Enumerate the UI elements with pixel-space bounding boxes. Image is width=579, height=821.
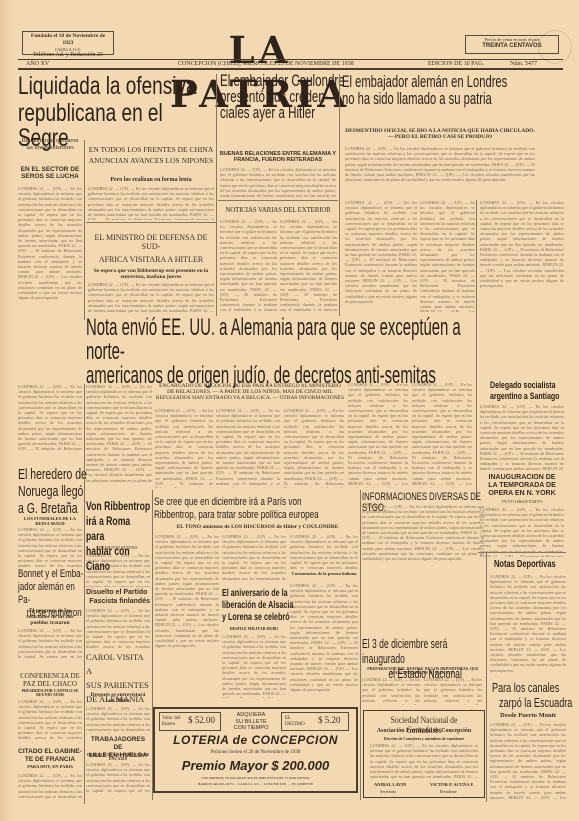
opera-line3: OPERA EN N. YORK — [480, 490, 564, 498]
lille-subhead: OBREROS DE LAS FABRICAS DE ENCAJES — [86, 753, 150, 762]
eeuu-body-2: LONDRES 22. — (UP). — En los círculos di… — [155, 408, 213, 488]
londres-body-3: LONDRES 22. — (UP). — En los círculos di… — [420, 200, 475, 312]
gabinete-line1: CITADO EL GABINE- — [18, 748, 82, 756]
delegado-line1: Delegado socialista — [490, 380, 576, 391]
noticias-body-2: LONDRES 22. — (UP). — En los círculos di… — [280, 219, 337, 311]
alsacia-body: LONDRES 22. — (UP). — En los círculos di… — [222, 634, 286, 698]
loteria-slogan: ADQUIERA SU BILLETE CON TIEMPO — [225, 712, 277, 732]
gabinete-subhead: PARA HOY, EN PARIS — [18, 765, 82, 770]
gabinete-line2: TE DE FRANCIA — [18, 756, 82, 764]
escuadra-line1: Para los canales — [492, 680, 576, 695]
section-rule — [478, 552, 566, 553]
escuadra-line2: zarpó la Escuadra — [492, 695, 576, 710]
noruega-body: LONDRES 22. — (UP). — En los círculos di… — [18, 527, 82, 567]
delegado-headline: Delegado socialista argentino a Santiago — [490, 380, 576, 402]
estadio-line1: El 3 de diciembre será inaugurado — [362, 636, 487, 666]
bonnet-body: LONDRES 22. — (UP). — En los círculos di… — [18, 628, 82, 658]
gabinete-body: LONDRES 22. — (UP). — En los círculos di… — [18, 773, 82, 799]
roma-line1: Von Ribbentrop — [86, 499, 151, 514]
china-subhead: Pero los realizan en forma lenta — [86, 177, 216, 184]
roma-line2: irá a Roma para — [86, 514, 151, 544]
signer-2: VICTOR P. ACUÑA F. — [430, 782, 474, 787]
opera-body: LONDRES 22. — (UP). — En los círculos di… — [480, 507, 564, 557]
eeuu-body-left: LONDRES 22. — (UP). — En los círculos di… — [18, 384, 82, 450]
paper-edge — [0, 0, 14, 821]
deportivas-headline: Notas Deportivas — [494, 560, 556, 570]
entero-label: Valor del Entero — [162, 716, 188, 728]
contadores-ad: Sociedad Nacional de Contadores Asociaci… — [363, 710, 485, 798]
alsacia-line2: liberación de Alsacia — [222, 600, 294, 612]
china-body: LONDRES 22. — (UP). — En los círculos di… — [88, 186, 214, 220]
praga-body: LONDRES 22. — (UP). — En los círculos di… — [480, 200, 564, 378]
londres-subhead: DESMENTIDO OFICIAL SE DIO A LA NOTICIA Q… — [345, 128, 535, 140]
chaco-line2: PAZ DEL CHACO — [18, 680, 82, 688]
chaco-subhead: PRESIDIDA POR CANTILO SE REUNIO AYER — [18, 689, 82, 698]
role-1: Secretario — [380, 789, 396, 794]
slogan-line3: CON TIEMPO — [225, 725, 277, 732]
opera-subhead: TUVO GRAN EXITO — [480, 500, 564, 505]
opera-line2: LA TEMPORADA DE — [480, 482, 564, 490]
londres-body: LONDRES 22. — (UP). — En los círculos di… — [345, 146, 535, 196]
eeuu-body-3: LONDRES 22. — (UP). — En los círculos di… — [216, 408, 280, 488]
contadores-subtitle: Asociación Provincial de Concepción — [364, 728, 484, 734]
paris-inset-heading: Comentarios de la prensa italiana — [290, 572, 358, 577]
contadores-body: LONDRES 22. — (UP). — En los círculos di… — [370, 743, 478, 779]
dateline-bar: AÑO XV CONCEPCION (CHILE), MIERCOLES 23 … — [18, 59, 563, 70]
londres-body-2: LONDRES 22. — (UP). — En los círculos di… — [345, 200, 417, 312]
deportivas-body: LONDRES 22. — (UP). — En los círculos di… — [490, 574, 566, 678]
escuadra-subhead: Desde Puerto Montt — [490, 712, 566, 719]
decimo-label: EL DECIMO — [285, 716, 307, 728]
paris-line1: Se cree que en diciembre irá a París von — [154, 496, 361, 509]
finlandes-line1: Disuelto el Partido — [86, 588, 150, 597]
paris-headline: Se cree que en diciembre irá a París von… — [154, 496, 361, 522]
china-headline-line2: ANUNCIAN AVANCES LOS NIPONES — [86, 157, 216, 165]
coulondre-subhead: BUENAS RELACIONES ENTRE ALEMANIA Y FRANC… — [218, 151, 338, 163]
bonnet-line1: Bonnet y el Emba- — [18, 568, 86, 581]
edition: EDICION DE 10 PAG. — [428, 60, 484, 69]
contadores-line: Elección de Consejeros y miembros de com… — [364, 737, 484, 741]
section-rule — [86, 222, 216, 223]
loteria-address: BARROS ARANA 1033 — CASILLA 119 — CONCEP… — [155, 782, 356, 786]
paris-body-4: LONDRES 22. — (UP). — En los círculos di… — [290, 583, 358, 699]
delegado-body: LONDRES 22. — (UP). — En los círculos di… — [480, 404, 564, 472]
phone: Teléfono Ad. y Redacción 23 — [26, 52, 110, 59]
lille-line1: TRABAJADORES DE — [86, 736, 150, 752]
premio-mayor: Premio Mayor $ 200.000 — [155, 758, 356, 773]
entero-price: $ 52.00 — [188, 717, 215, 724]
fine-print: LOS PREMIOS SE PAGARAN SIN EL IMPUESTO D… — [155, 776, 356, 780]
alsacia-line1: El aniversario de la — [222, 588, 294, 600]
carol-body: LONDRES 22. — (UP). — En los círculos di… — [86, 706, 150, 734]
londres-headline: El embajador alemán en Londres no ha sid… — [342, 73, 533, 107]
estadio-body-1: LONDRES 22. — (UP). — En los círculos di… — [362, 677, 420, 705]
carol-line1: CAROL VISITA A — [86, 650, 150, 678]
escuadra-body: LONDRES 22. — (UP). — En los círculos di… — [490, 722, 566, 800]
bonnet-subhead: El progreso de las relaciones de los dos… — [18, 608, 82, 626]
chaco-body: LONDRES 22. — (UP). — En los círculos di… — [18, 699, 82, 743]
estadio-body-2: LONDRES 22. — (UP). — En los círculos di… — [424, 677, 482, 705]
segre-body: LONDRES 22. — (UP). — En los círculos di… — [18, 186, 82, 416]
gabinete-headline: CITADO EL GABINE- TE DE FRANCIA — [18, 748, 82, 764]
stgo-body: LONDRES 22. — (UP). — En los círculos di… — [362, 504, 484, 632]
sudafrica-subhead: Se espera que von Ribbentrop esté presen… — [86, 268, 216, 280]
founding-info-box: Fundado el 18 de Noviembre de 1923 CASIL… — [22, 31, 114, 55]
column-rule — [216, 74, 217, 316]
price-box: Precio de venta en todo el país TREINTA … — [465, 35, 559, 54]
londres-line2: no ha sido llamado a su patria — [342, 90, 533, 107]
decimo-box: EL DECIMO $ 5.20 — [281, 712, 349, 731]
sudafrica-body: LONDRES 22. — (UP). — En los círculos di… — [88, 282, 214, 314]
finlandes-line2: Fascista finlandés — [86, 597, 150, 606]
loteria-title: LOTERIA de CONCEPCION — [155, 733, 356, 747]
estadio-subhead: PREPARACION DEL DESFILE DE LOS DEPORTIST… — [362, 667, 484, 676]
china-headline: EN TODOS LOS FRENTES DE CHINA ANUNCIAN A… — [86, 146, 216, 166]
noruega-line1: El heredero de — [18, 466, 88, 483]
loteria-ad: Valor del Entero $ 52.00 ADQUIERA SU BIL… — [153, 707, 358, 793]
sudafrica-headline-line2: AFRICA VISITARA A HITLER — [86, 256, 216, 265]
eeuu-line1: Nota envió EE. UU. a Alemania para que s… — [86, 316, 483, 364]
sudafrica-headline-line1: EL MINISTRO DE DEFENSA DE SUD- — [86, 234, 216, 252]
eeuu-body-1: LONDRES 22. — (UP). — En los círculos di… — [86, 384, 152, 484]
issue-number: Núm. 5477 — [510, 60, 537, 69]
year: AÑO XV — [26, 60, 49, 69]
coulondre-headline: El embajador Coulondre presentó sus cred… — [220, 73, 356, 121]
noruega-line3: a G. Bretaña — [18, 500, 88, 517]
china-headline-line1: EN TODOS LOS FRENTES DE CHINA — [86, 146, 216, 154]
opera-headline: INAUGURACION DE LA TEMPORADA DE OPERA EN… — [480, 474, 564, 498]
segre-headline-line1: Liquidada la ofensiva — [18, 74, 216, 99]
eeuu-body-5: LONDRES 22. — (UP). — En los círculos di… — [348, 382, 408, 488]
alsacia-subhead: DESFILE MILITAR HUBO — [222, 627, 286, 631]
delegado-line2: argentino a Santiago — [490, 391, 576, 402]
paris-body-3: LONDRES 22. — (UP). — En los círculos di… — [290, 534, 358, 570]
carol-subhead: Después se entrevistará con Hitler — [86, 692, 150, 704]
column-rule — [339, 74, 340, 316]
segre-deck: Restablecidas quedaron las líneas anteri… — [18, 138, 82, 151]
noticias-body-1: LONDRES 22. — (UP). — En los círculos di… — [220, 219, 277, 311]
signer-1: ANIBAL LAVIN — [374, 782, 406, 787]
segre-subhead: EN EL SECTOR DE SEROS SE LUCHA — [18, 166, 82, 180]
section-rule — [218, 200, 338, 201]
alsacia-headline: El aniversario de la liberación de Alsac… — [222, 588, 294, 624]
paris-subhead: EL TONO amistoso de LOS DISCURSOS de Hit… — [155, 524, 360, 530]
founding-date: Fundado el 18 de Noviembre de 1923 — [26, 33, 110, 47]
noticias-headline: NOTICIAS VARIAS DEL EXTERIOR — [218, 207, 338, 215]
opera-line1: INAUGURACION DE — [480, 474, 564, 482]
price: TREINTA CENTAVOS — [469, 43, 555, 50]
paris-line2: Ribbentrop, para tratar sobre política e… — [154, 509, 361, 522]
entero-box: Valor del Entero $ 52.00 — [159, 712, 221, 731]
chaco-headline: CONFERENCIA DE PAZ DEL CHACO — [18, 672, 82, 688]
sudafrica-headline: EL MINISTRO DE DEFENSA DE SUD- AFRICA VI… — [86, 234, 216, 264]
noruega-line2: Noruega llegó — [18, 483, 88, 500]
noruega-subhead: LOS FUNERALES DE LA REINA MAUD — [18, 517, 82, 527]
role-2: Presidente — [440, 789, 457, 794]
escuadra-headline: Para los canales zarpó la Escuadra — [492, 680, 576, 710]
coulondre-body: LONDRES 22. — (UP). — En los círculos di… — [220, 167, 336, 197]
column-rule — [84, 140, 85, 320]
draw-date: Próximo Sorteo el 26 de Noviembre de 193… — [155, 750, 356, 755]
column-rule — [360, 490, 361, 800]
eeuu-headline: Nota envió EE. UU. a Alemania para que s… — [86, 316, 483, 388]
eeuu-subhead: ENCARGADO DE NEGOCIOS DE ESE PAIS LA ENT… — [155, 383, 345, 401]
roma-body: LONDRES 22. — (UP). — En los círculos di… — [86, 553, 150, 587]
paris-body-1: LONDRES 22. — (UP). — En los círculos di… — [155, 534, 219, 698]
roma-subhead: EL ASUNTO RUTENO — [86, 546, 150, 550]
finlandes-body: LONDRES 22. — (UP). — En los círculos di… — [86, 608, 150, 648]
eeuu-body-6: LONDRES 22. — (UP). — En los círculos di… — [412, 382, 472, 488]
date: CONCEPCION (CHILE), MIERCOLES 23 DE NOVI… — [178, 60, 354, 69]
lille-body: LONDRES 22. — (UP). — En los círculos di… — [86, 762, 150, 794]
decimo-price: $ 5.20 — [318, 717, 341, 724]
finlandes-headline: Disuelto el Partido Fascista finlandés — [86, 588, 150, 606]
carol-line2: SUS PARIENTES — [86, 678, 150, 692]
chaco-line1: CONFERENCIA DE — [18, 672, 82, 680]
eeuu-body-4: LONDRES 22. — (UP). — En los círculos di… — [284, 408, 344, 488]
noruega-headline: El heredero de Noruega llegó a G. Bretañ… — [18, 466, 88, 517]
alsacia-line3: y Lorena se celebró — [222, 612, 294, 624]
coulondre-line3: ciales ayer a Hitler — [220, 105, 356, 121]
column-rule — [84, 384, 85, 804]
paris-body-2: LONDRES 22. — (UP). — En los círculos di… — [222, 534, 286, 580]
londres-line1: El embajador alemán en Londres — [342, 73, 533, 90]
bonnet-line2: jador alemán en Pa- — [18, 581, 86, 607]
